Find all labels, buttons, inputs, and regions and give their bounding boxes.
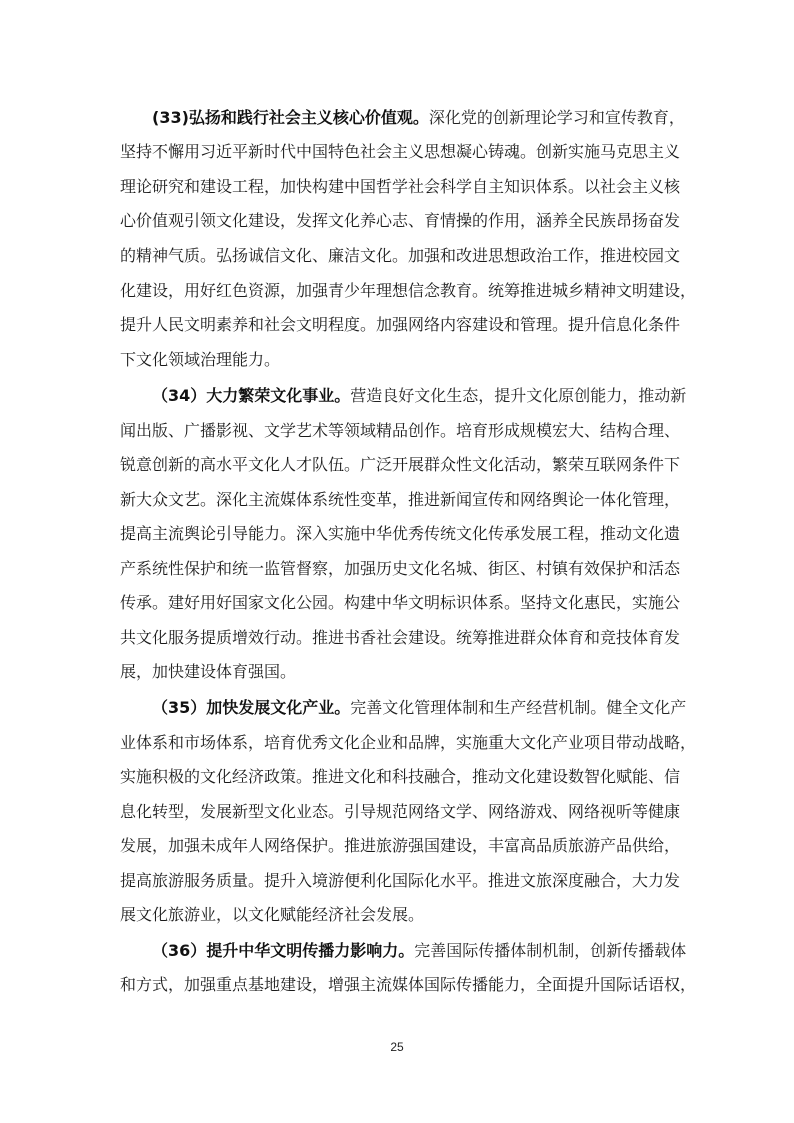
paragraph-33-line-3: 理论研究和建设工程，加快构建中国哲学社会科学自主知识体系。以社会主义核 [120, 175, 676, 199]
paragraph-35-heading: 加快发展文化产业。 [206, 698, 350, 717]
paragraph-35-line-3: 实施积极的文化经济政策。推进文化和科技融合，推动文化建设数智化赋能、信 [120, 765, 676, 789]
paragraph-33-line-5: 的精神气质。弘扬诚信文化、廉洁文化。加强和改进思想政治工作，推进校园文 [120, 244, 676, 268]
paragraph-34-line-6: 产系统性保护和统一监管督察，加强历史文化名城、街区、村镇有效保护和活态 [120, 557, 676, 581]
paragraph-36-number: （36） [152, 941, 206, 960]
paragraph-35-line-1: （35）加快发展文化产业。完善文化管理体制和生产经营机制。健全文化产 [152, 696, 676, 720]
paragraph-33-line-1: (33)弘扬和践行社会主义核心价值观。深化党的创新理论学习和宣传教育， [152, 106, 676, 130]
paragraph-33-line-2: 坚持不懈用习近平新时代中国特色社会主义思想凝心铸魂。创新实施马克思主义 [120, 140, 676, 164]
paragraph-34-heading: 大力繁荣文化事业。 [206, 386, 350, 405]
paragraph-34-line-8: 共文化服务提质增效行动。推进书香社会建设。统筹推进群众体育和竞技体育发 [120, 626, 676, 650]
paragraph-35-text: 完善文化管理体制和生产经营机制。健全文化产 [350, 698, 686, 717]
paragraph-36-line-2: 和方式，加强重点基地建设，增强主流媒体国际传播能力，全面提升国际话语权， [120, 973, 676, 997]
paragraph-34-line-4: 新大众文艺。深化主流媒体系统性变革，推进新闻宣传和网络舆论一体化管理， [120, 488, 676, 512]
paragraph-35-line-2: 业体系和市场体系，培育优秀文化企业和品牌，实施重大文化产业项目带动战略， [120, 731, 676, 755]
paragraph-33-line-4: 心价值观引领文化建设，发挥文化养心志、育情操的作用，涵养全民族昂扬奋发 [120, 209, 676, 233]
paragraph-34-line-3: 锐意创新的高水平文化人才队伍。广泛开展群众性文化活动，繁荣互联网条件下 [120, 453, 676, 477]
paragraph-35-number: （35） [152, 698, 206, 717]
paragraph-35-line-5: 发展，加强未成年人网络保护。推进旅游强国建设，丰富高品质旅游产品供给， [120, 834, 676, 858]
paragraph-34-text: 营造良好文化生态，提升文化原创能力，推动新 [350, 386, 686, 405]
paragraph-36-line-1: （36）提升中华文明传播力影响力。完善国际传播体制机制，创新传播载体 [152, 939, 676, 963]
paragraph-36-heading: 提升中华文明传播力影响力。 [206, 941, 414, 960]
paragraph-34-line-7: 传承。建好用好国家文化公园。构建中华文明标识体系。坚持文化惠民，实施公 [120, 591, 676, 615]
paragraph-34-line-1: （34）大力繁荣文化事业。营造良好文化生态，提升文化原创能力，推动新 [152, 384, 676, 408]
paragraph-34-line-2: 闻出版、广播影视、文学艺术等领域精品创作。培育形成规模宏大、结构合理、 [120, 419, 676, 443]
paragraph-34-number: （34） [152, 386, 206, 405]
paragraph-33-line-6: 化建设，用好红色资源，加强青少年理想信念教育。统筹推进城乡精神文明建设， [120, 279, 676, 303]
page-number: 25 [0, 1040, 794, 1054]
document-page: (33)弘扬和践行社会主义核心价值观。深化党的创新理论学习和宣传教育， 坚持不懈… [0, 0, 794, 1123]
paragraph-34-line-9: 展，加快建设体育强国。 [120, 660, 676, 684]
paragraph-33-heading: 弘扬和践行社会主义核心价值观。 [189, 108, 429, 127]
paragraph-33-text: 深化党的创新理论学习和宣传教育， [429, 108, 685, 127]
paragraph-36-text: 完善国际传播体制机制，创新传播载体 [414, 941, 686, 960]
paragraph-33-line-8: 下文化领域治理能力。 [120, 348, 676, 372]
paragraph-33-line-7: 提升人民文明素养和社会文明程度。加强网络内容建设和管理。提升信息化条件 [120, 313, 676, 337]
paragraph-35-line-4: 息化转型，发展新型文化业态。引导规范网络文学、网络游戏、网络视听等健康 [120, 800, 676, 824]
paragraph-33-number: (33) [152, 108, 189, 127]
paragraph-34-line-5: 提高主流舆论引导能力。深入实施中华优秀传统文化传承发展工程，推动文化遗 [120, 522, 676, 546]
paragraph-35-line-6: 提高旅游服务质量。提升入境游便利化国际化水平。推进文旅深度融合，大力发 [120, 869, 676, 893]
paragraph-35-line-7: 展文化旅游业，以文化赋能经济社会发展。 [120, 903, 676, 927]
